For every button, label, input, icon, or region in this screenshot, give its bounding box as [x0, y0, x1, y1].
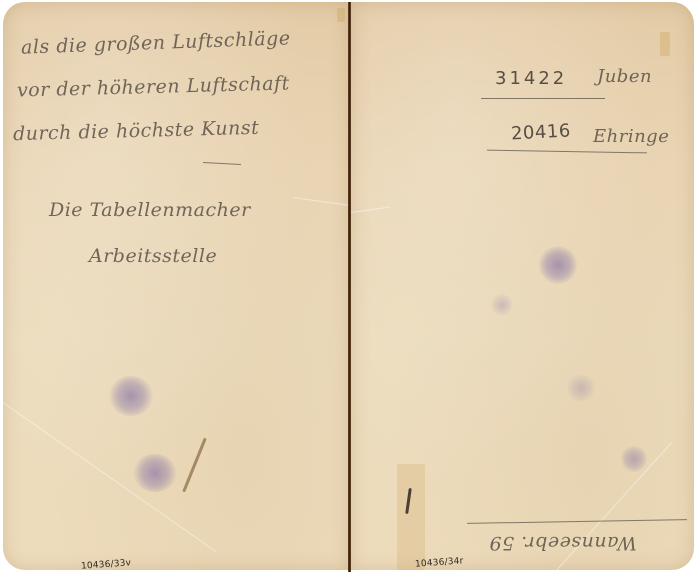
right-page: 31422 Juben 20416 Ehringe Wannseebr. 59 … [351, 2, 694, 570]
entry-number-2: 20416 [510, 120, 571, 144]
entry-word-1: Juben [597, 66, 652, 87]
bottom-rule [467, 519, 687, 524]
bottom-inscription: Wannseebr. 59 [489, 532, 637, 554]
crease [293, 197, 349, 206]
tape-mark [397, 464, 425, 570]
fingerprint-stain [109, 376, 153, 416]
handwritten-line-1: als die großen Luftschläge [21, 27, 291, 58]
fingerprint-stain [539, 246, 577, 284]
underline [481, 98, 605, 99]
crease [351, 206, 391, 213]
left-page: als die großen Luftschläge vor der höher… [3, 2, 349, 570]
underline [203, 162, 241, 165]
scanned-document: als die großen Luftschläge vor der höher… [0, 0, 699, 574]
fingerprint-stain [621, 446, 647, 472]
handwritten-line-3: durch die höchste Kunst [13, 117, 260, 145]
scratch-mark [182, 438, 207, 493]
fingerprint-stain [567, 374, 595, 402]
tape-mark [337, 8, 345, 22]
signature-line-2: Arbeitsstelle [89, 245, 217, 267]
crease [3, 402, 217, 552]
fingerprint-stain [491, 294, 513, 316]
entry-word-2: Ehringe [593, 126, 669, 147]
fingerprint-stain [133, 454, 177, 492]
entry-number-1: 31422 [495, 68, 567, 89]
handwritten-line-2: vor der höheren Luftschaft [17, 72, 290, 101]
shelfmark-left: 10436/33v [81, 558, 132, 571]
signature-line-1: Die Tabellenmacher [49, 199, 251, 221]
tape-mark [660, 32, 670, 56]
underline [487, 150, 647, 154]
crease [551, 442, 672, 574]
shelfmark-right: 10436/34r [415, 556, 464, 569]
